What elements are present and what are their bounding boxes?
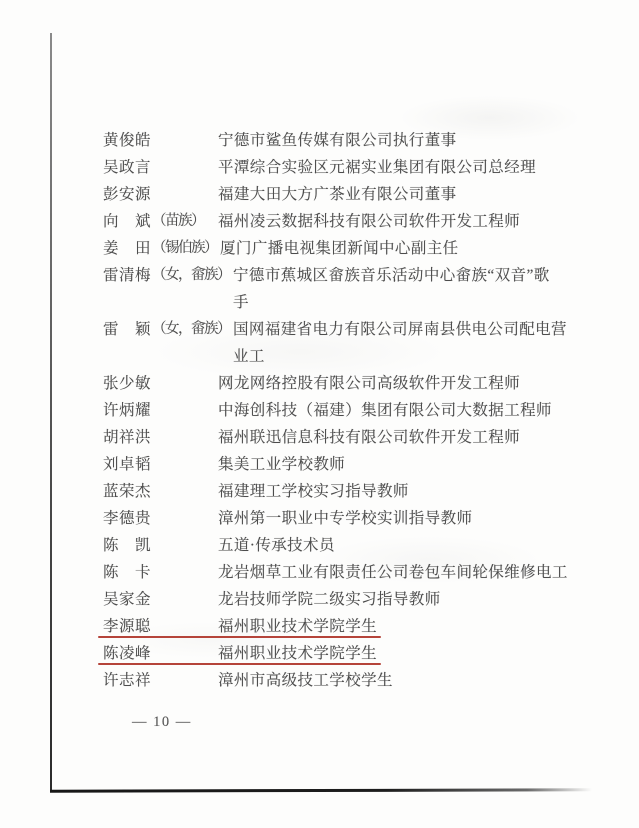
roster-row: 许炳耀 中海创科技（福建）集团有限公司大数据工程师 — [103, 397, 552, 424]
page-number: — 10 — — [132, 714, 192, 731]
title-cell: 平潭综合实验区元裾实业集团有限公司总经理 — [218, 154, 536, 181]
person-name: 刘卓韬 — [103, 451, 151, 478]
person-name: 彭安源 — [103, 181, 151, 208]
person-name: 李德贵 — [103, 505, 151, 532]
roster-row: 彭安源 福建大田大方广茶业有限公司董事 — [103, 181, 457, 208]
name-cell: 雷 颖 （女，畲族） — [103, 316, 233, 370]
ethnicity-label: （苗族） — [152, 208, 204, 235]
title-cell: 福建理工学校实习指导教师 — [218, 478, 409, 505]
name-cell: 蓝荣杰 — [103, 478, 218, 505]
title-cell: 五道·传承技术员 — [218, 532, 335, 559]
person-name: 蓝荣杰 — [103, 478, 151, 505]
person-title-line: 福建理工学校实习指导教师 — [218, 478, 409, 505]
name-cell: 刘卓韬 — [103, 451, 218, 478]
name-cell: 李源聪 — [103, 613, 218, 640]
name-cell: 雷清梅 （女，畲族） — [103, 262, 233, 316]
person-name: 向 斌 — [103, 208, 151, 235]
person-name: 姜 田 — [103, 235, 151, 262]
name-cell: 陈 卡 — [103, 559, 218, 586]
scanned-page: 黄俊皓 宁德市鲨鱼传媒有限公司执行董事 吴政言 平潭综合实验区元裾实业集团有限公… — [0, 0, 639, 828]
roster-row: 吴政言 平潭综合实验区元裾实业集团有限公司总经理 — [103, 154, 536, 181]
roster-row: 向 斌 （苗族） 福州凌云数据科技有限公司软件开发工程师 — [103, 208, 520, 235]
title-cell: 宁德市蕉城区畲族音乐活动中心畲族“双音”歌手 — [233, 262, 550, 316]
title-cell: 漳州市高级技工学校学生 — [218, 667, 393, 694]
name-cell: 姜 田 （锡伯族） — [103, 235, 220, 262]
person-name: 陈凌峰 — [103, 640, 151, 667]
name-cell: 吴家金 — [103, 586, 218, 613]
person-name: 雷 颖 — [103, 316, 151, 370]
name-cell: 李德贵 — [103, 505, 218, 532]
title-cell: 漳州第一职业中专学校实训指导教师 — [218, 505, 472, 532]
name-cell: 彭安源 — [103, 181, 218, 208]
person-title-line: 福州职业技术学院学生 — [218, 613, 377, 640]
roster-row: 李德贵 漳州第一职业中专学校实训指导教师 — [103, 505, 472, 532]
title-cell: 福州职业技术学院学生 — [218, 640, 377, 667]
person-title-line: 福州联迅信息科技有限公司软件开发工程师 — [218, 424, 520, 451]
person-title-line: 龙岩烟草工业有限责任公司卷包车间轮保维修电工 — [218, 559, 568, 586]
person-title-line: 厦门广播电视集团新闻中心副主任 — [220, 235, 459, 262]
title-cell: 福州联迅信息科技有限公司软件开发工程师 — [218, 424, 520, 451]
roster-list: 黄俊皓 宁德市鲨鱼传媒有限公司执行董事 吴政言 平潭综合实验区元裾实业集团有限公… — [103, 127, 583, 694]
person-name: 黄俊皓 — [103, 127, 151, 154]
name-cell: 陈 凯 — [103, 532, 218, 559]
roster-row: 胡祥洪 福州联迅信息科技有限公司软件开发工程师 — [103, 424, 520, 451]
title-cell: 网龙网络控股有限公司高级软件开发工程师 — [218, 370, 520, 397]
person-title-line: 龙岩技师学院二级实习指导教师 — [218, 586, 441, 613]
person-title-line: 手 — [233, 289, 550, 316]
person-name: 许炳耀 — [103, 397, 151, 424]
roster-row: 陈 凯 五道·传承技术员 — [103, 532, 335, 559]
person-title-line: 宁德市蕉城区畲族音乐活动中心畲族“双音”歌 — [233, 262, 550, 289]
ethnicity-label: （女，畲族） — [152, 262, 230, 316]
person-title-line: 集美工业学校教师 — [218, 451, 345, 478]
person-name: 陈 卡 — [103, 559, 151, 586]
title-cell: 宁德市鲨鱼传媒有限公司执行董事 — [218, 127, 457, 154]
ethnicity-label: （锡伯族） — [152, 235, 217, 262]
name-cell: 吴政言 — [103, 154, 218, 181]
person-title-line: 宁德市鲨鱼传媒有限公司执行董事 — [218, 127, 457, 154]
person-name: 许志祥 — [103, 667, 151, 694]
roster-row: 姜 田 （锡伯族） 厦门广播电视集团新闻中心副主任 — [103, 235, 459, 262]
person-title-line: 五道·传承技术员 — [218, 532, 335, 559]
title-cell: 集美工业学校教师 — [218, 451, 345, 478]
person-title-line: 福州职业技术学院学生 — [218, 640, 377, 667]
person-name: 张少敏 — [103, 370, 151, 397]
title-cell: 龙岩烟草工业有限责任公司卷包车间轮保维修电工 — [218, 559, 568, 586]
title-cell: 龙岩技师学院二级实习指导教师 — [218, 586, 441, 613]
title-cell: 福建大田大方广茶业有限公司董事 — [218, 181, 457, 208]
name-cell: 许炳耀 — [103, 397, 218, 424]
roster-row: 黄俊皓 宁德市鲨鱼传媒有限公司执行董事 — [103, 127, 457, 154]
name-cell: 黄俊皓 — [103, 127, 218, 154]
roster-row: 陈 卡 龙岩烟草工业有限责任公司卷包车间轮保维修电工 — [103, 559, 568, 586]
roster-row: 李源聪 福州职业技术学院学生 — [103, 613, 377, 640]
person-title-line: 中海创科技（福建）集团有限公司大数据工程师 — [218, 397, 552, 424]
roster-row: 吴家金 龙岩技师学院二级实习指导教师 — [103, 586, 441, 613]
name-cell: 许志祥 — [103, 667, 218, 694]
person-title-line: 国网福建省电力有限公司屏南县供电公司配电营 — [233, 316, 567, 343]
name-cell: 陈凌峰 — [103, 640, 218, 667]
roster-row: 张少敏 网龙网络控股有限公司高级软件开发工程师 — [103, 370, 520, 397]
person-name: 陈 凯 — [103, 532, 151, 559]
roster-row: 陈凌峰 福州职业技术学院学生 — [103, 640, 377, 667]
person-title-line: 福州凌云数据科技有限公司软件开发工程师 — [218, 208, 520, 235]
person-title-line: 漳州市高级技工学校学生 — [218, 667, 393, 694]
person-name: 雷清梅 — [103, 262, 151, 316]
person-title-line: 福建大田大方广茶业有限公司董事 — [218, 181, 457, 208]
person-name: 吴政言 — [103, 154, 151, 181]
title-cell: 中海创科技（福建）集团有限公司大数据工程师 — [218, 397, 552, 424]
title-cell: 福州职业技术学院学生 — [218, 613, 377, 640]
person-name: 胡祥洪 — [103, 424, 151, 451]
ethnicity-label: （女，畲族） — [152, 316, 230, 370]
roster-row: 蓝荣杰 福建理工学校实习指导教师 — [103, 478, 409, 505]
name-cell: 张少敏 — [103, 370, 218, 397]
person-title-line: 网龙网络控股有限公司高级软件开发工程师 — [218, 370, 520, 397]
person-title-line: 漳州第一职业中专学校实训指导教师 — [218, 505, 472, 532]
name-cell: 向 斌 （苗族） — [103, 208, 218, 235]
person-name: 吴家金 — [103, 586, 151, 613]
page-bottom-edge-line — [50, 788, 592, 792]
person-title-line: 平潭综合实验区元裾实业集团有限公司总经理 — [218, 154, 536, 181]
title-cell: 福州凌云数据科技有限公司软件开发工程师 — [218, 208, 520, 235]
person-name: 李源聪 — [103, 613, 151, 640]
roster-row: 刘卓韬 集美工业学校教师 — [103, 451, 345, 478]
roster-row: 雷 颖 （女，畲族） 国网福建省电力有限公司屏南县供电公司配电营业工 — [103, 316, 567, 370]
page-left-edge-line — [50, 33, 52, 790]
person-title-line: 业工 — [233, 343, 567, 370]
roster-row: 许志祥 漳州市高级技工学校学生 — [103, 667, 393, 694]
title-cell: 国网福建省电力有限公司屏南县供电公司配电营业工 — [233, 316, 567, 370]
title-cell: 厦门广播电视集团新闻中心副主任 — [220, 235, 459, 262]
name-cell: 胡祥洪 — [103, 424, 218, 451]
roster-row: 雷清梅 （女，畲族） 宁德市蕉城区畲族音乐活动中心畲族“双音”歌手 — [103, 262, 550, 316]
